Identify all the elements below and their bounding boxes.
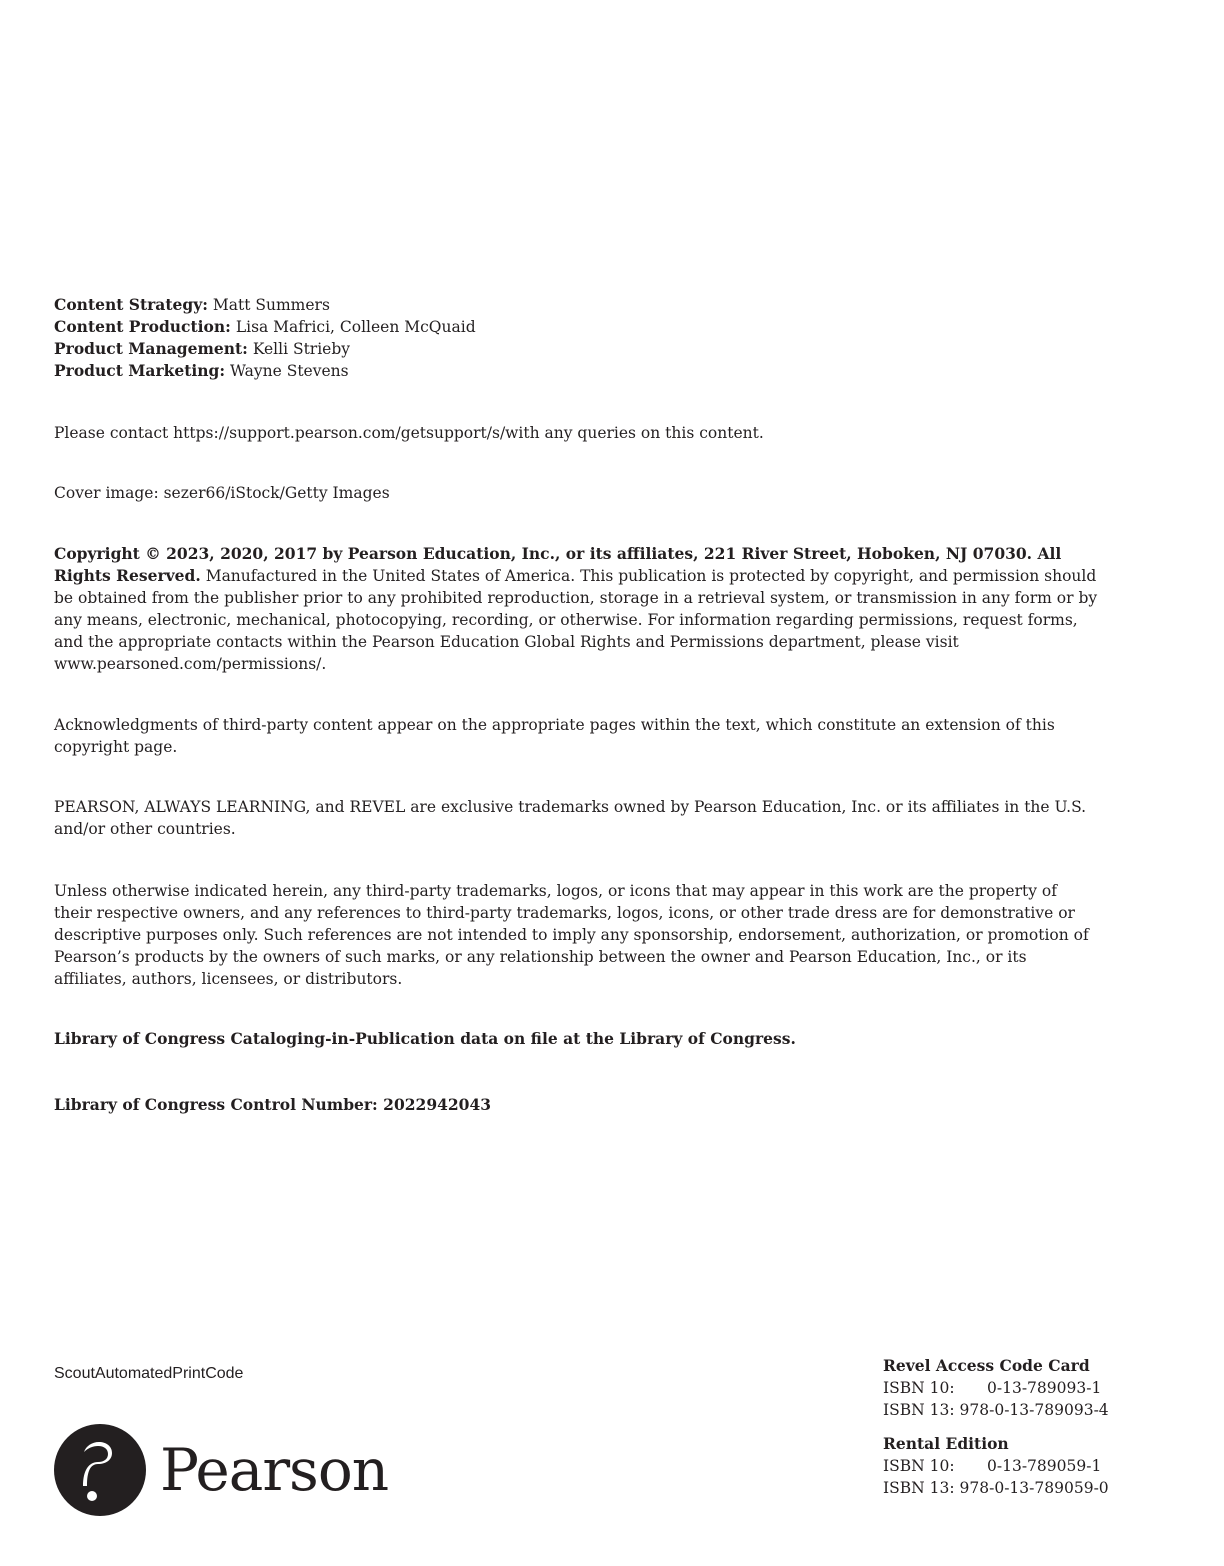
credit-line: Product Management: Kelli Strieby — [54, 338, 476, 360]
print-code: ScoutAutomatedPrintCode — [54, 1365, 243, 1383]
credit-line: Product Marketing: Wayne Stevens — [54, 360, 476, 382]
acknowledgments-paragraph: Acknowledgments of third-party content a… — [54, 714, 1094, 758]
isbn13-row: ISBN 13: 978-0-13-789059-0 — [883, 1477, 1109, 1499]
credit-line: Content Strategy: Matt Summers — [54, 294, 476, 316]
isbn10-row: ISBN 10:0-13-789059-1 — [883, 1455, 1109, 1477]
cover-credit: Cover image: sezer66/iStock/Getty Images — [54, 482, 390, 504]
trademarks-paragraph: PEARSON, ALWAYS LEARNING, and REVEL are … — [54, 796, 1094, 840]
third-party-paragraph: Unless otherwise indicated herein, any t… — [54, 880, 1094, 990]
credits-block: Content Strategy: Matt Summers Content P… — [54, 294, 476, 382]
credit-line: Content Production: Lisa Mafrici, Collee… — [54, 316, 476, 338]
copyright-paragraph: Copyright © 2023, 2020, 2017 by Pearson … — [54, 543, 1104, 675]
isbn-heading: Revel Access Code Card — [883, 1355, 1109, 1377]
isbn-block: Revel Access Code Card ISBN 10:0-13-7890… — [883, 1355, 1109, 1499]
isbn-heading: Rental Edition — [883, 1433, 1109, 1455]
contact-text: Please contact https://support.pearson.c… — [54, 422, 764, 444]
isbn10-row: ISBN 10:0-13-789093-1 — [883, 1377, 1109, 1399]
loc-cip-statement: Library of Congress Cataloging-in-Public… — [54, 1028, 796, 1050]
loc-control-number: Library of Congress Control Number: 2022… — [54, 1094, 491, 1116]
pearson-wordmark: Pearson — [160, 1436, 388, 1504]
isbn13-row: ISBN 13: 978-0-13-789093-4 — [883, 1399, 1109, 1421]
pearson-p-icon — [54, 1424, 146, 1516]
pearson-logo: Pearson — [54, 1424, 388, 1516]
